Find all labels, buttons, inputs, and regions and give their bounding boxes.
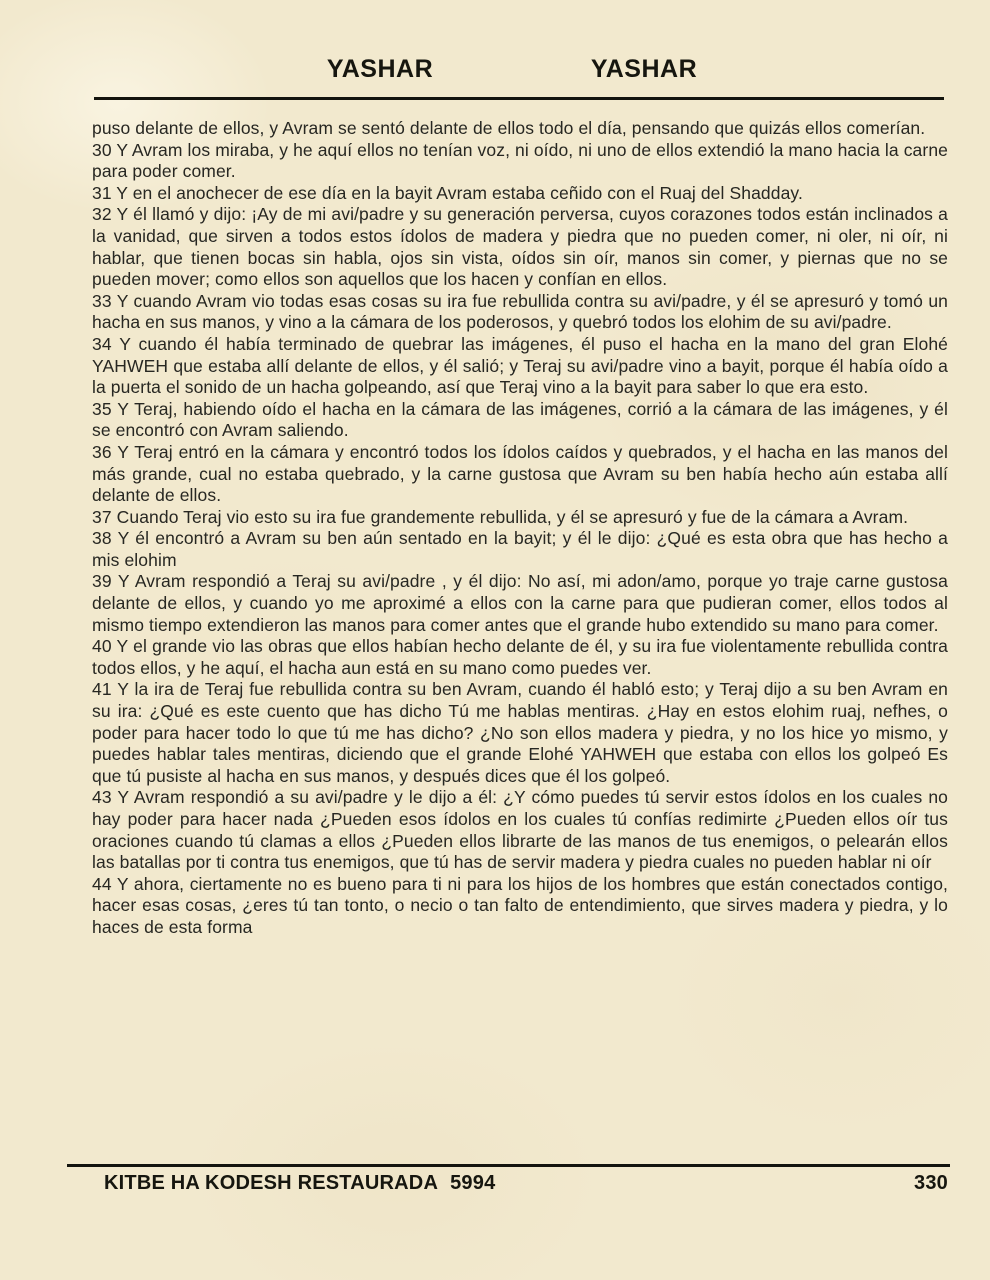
verse-paragraph: 44 Y ahora, ciertamente no es bueno para… [92,874,948,939]
verse-paragraph: 33 Y cuando Avram vio todas esas cosas s… [92,291,948,334]
footer-title-label: KITBE HA KODESH RESTAURADA [104,1172,438,1194]
verse-paragraph: 31 Y en el anochecer de ese día en la ba… [92,183,948,205]
verse-paragraph: 43 Y Avram respondió a su avi/padre y le… [92,787,948,873]
verse-paragraph: 30 Y Avram los miraba, y he aquí ellos n… [92,140,948,183]
verse-paragraph: 40 Y el grande vio las obras que ellos h… [92,636,948,679]
footer-page-number: 330 [914,1172,948,1195]
verse-paragraph: 34 Y cuando él había terminado de quebra… [92,334,948,399]
verse-paragraph: 37 Cuando Teraj vio esto su ira fue gran… [92,507,948,529]
header-title-right: YASHAR [591,55,697,84]
verse-paragraph: puso delante de ellos, y Avram se sentó … [92,118,948,140]
verse-paragraph: 32 Y él llamó y dijo: ¡Ay de mi avi/padr… [92,204,948,290]
book-page: YASHAR YASHAR puso delante de ellos, y A… [0,0,990,1280]
verse-paragraph: 38 Y él encontró a Avram su ben aún sent… [92,528,948,571]
body-text: puso delante de ellos, y Avram se sentó … [92,118,948,939]
footer-rule [67,1164,950,1167]
verse-paragraph: 35 Y Teraj, habiendo oído el hacha en la… [92,399,948,442]
footer-year: 5994 [450,1172,495,1194]
verse-paragraph: 41 Y la ira de Teraj fue rebullida contr… [92,679,948,787]
footer-title: KITBE HA KODESH RESTAURADA5994 [104,1172,495,1195]
verse-paragraph: 39 Y Avram respondió a Teraj su avi/padr… [92,571,948,636]
header-title-left: YASHAR [327,55,433,84]
footer: KITBE HA KODESH RESTAURADA5994 330 [104,1172,948,1195]
header-rule [94,97,944,100]
verse-paragraph: 36 Y Teraj entró en la cámara y encontró… [92,442,948,507]
